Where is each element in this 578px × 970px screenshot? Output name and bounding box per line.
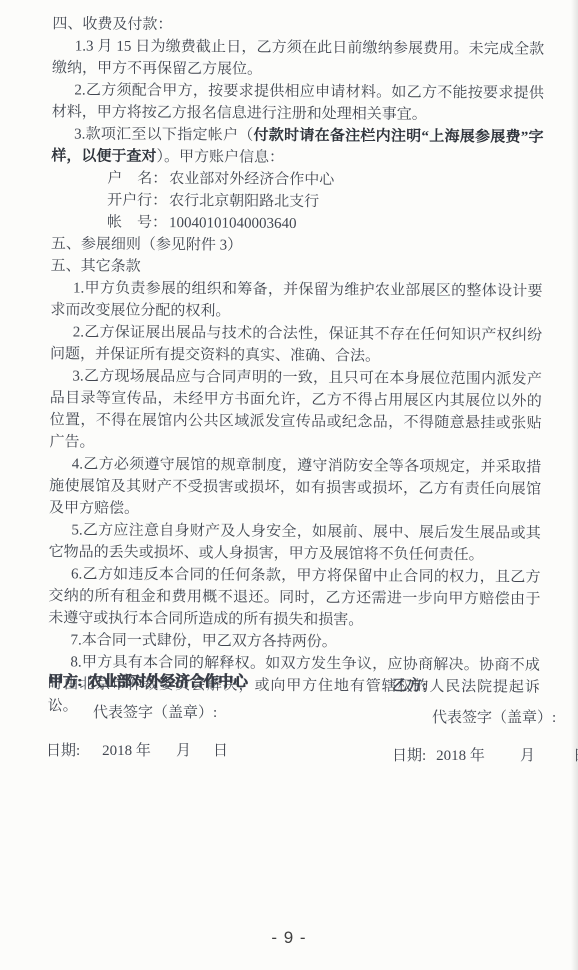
other-item-2: 2.乙方保证展出展品与技术的合法性，保证其不存在任何知识产权纠纷问题，并保证所有…: [50, 321, 542, 368]
party-a-date-year: 2018 年: [102, 743, 151, 759]
party-b-date-line: 日期:2018 年月日: [392, 744, 578, 765]
fees-item-3-suffix: ）。甲方账户信息：: [156, 149, 284, 166]
party-b-label: 乙方:: [392, 678, 427, 694]
fees-item-3: 3.款项汇至以下指定帐户（付款时请在备注栏内注明“上海展参展费”字样，以便于查对…: [51, 123, 543, 170]
party-a-signature-line: 代表签字（盖章）:: [93, 701, 217, 722]
account-bank-value: 农行北京朝阳路北支行: [169, 193, 319, 210]
other-item-4: 4.乙方必须遵守展馆的规章制度，遵守消防安全等各项规定，并采取措施使展馆及其财产…: [49, 453, 541, 522]
other-item-1: 1.甲方负责参展的组织和筹备，并保留为维护农业部展区的整体设计要求而改变展位分配…: [50, 277, 542, 324]
page-number: - 9 -: [0, 928, 578, 948]
fees-item-3-prefix: 3.款项汇至以下指定帐户（: [74, 126, 254, 143]
account-name-value: 农业部对外经济合作中心: [169, 171, 334, 188]
other-item-6: 6.乙方如违反本合同的任何条款，甲方将保留中止合同的权力，且乙方交纳的所有租金和…: [48, 563, 540, 632]
party-b-date-label: 日期:: [392, 748, 426, 764]
account-number-label: 帐 号：: [107, 215, 167, 231]
party-a-date-day: 日: [213, 743, 228, 759]
party-b-date-month: 月: [520, 748, 535, 764]
other-item-3: 3.乙方现场展品应与合同声明的一致，且只可在本身展位范围内派发产品目录等宣传品，…: [49, 365, 542, 456]
party-b-row: 乙方:: [392, 674, 427, 695]
fees-item-1: 1.3 月 15 日为缴费截止日，乙方须在此日前缴纳参展费用。未完成全款缴纳，甲…: [52, 35, 544, 82]
party-a-row: 甲方:农业部对外经济合作中心: [48, 670, 247, 691]
party-a-label: 甲方:: [48, 674, 82, 690]
party-b-date-day: 日: [573, 748, 578, 764]
scan-edge-shadow: [571, 0, 578, 970]
account-number-value: 10040101040003640: [169, 215, 297, 232]
fees-item-2: 2.乙方须配合甲方，按要求提供相应申请材料。如乙方不能按要求提供材料，甲方将按乙…: [52, 79, 544, 126]
party-a-date-line: 日期:2018 年月日: [46, 739, 228, 760]
account-name-label: 户 名：: [107, 171, 167, 187]
party-a-name: 农业部对外经济合作中心: [88, 674, 248, 690]
contract-page: 四、收费及付款： 1.3 月 15 日为缴费截止日，乙方须在此日前缴纳参展费用。…: [0, 0, 578, 970]
account-bank-label: 开户行：: [107, 193, 167, 209]
party-a-date-label: 日期:: [46, 743, 80, 759]
party-a-date-month: 月: [176, 743, 191, 759]
contract-body: 四、收费及付款： 1.3 月 15 日为缴费截止日，乙方须在此日前缴纳参展费用。…: [48, 13, 545, 720]
other-item-5: 5.乙方应注意自身财产及人身安全，如展前、展中、展后发生展品或其它物品的丢失或损…: [49, 519, 541, 566]
party-b-signature-line: 代表签字（盖章）:: [432, 706, 556, 727]
party-b-date-year: 2018 年: [436, 748, 485, 764]
